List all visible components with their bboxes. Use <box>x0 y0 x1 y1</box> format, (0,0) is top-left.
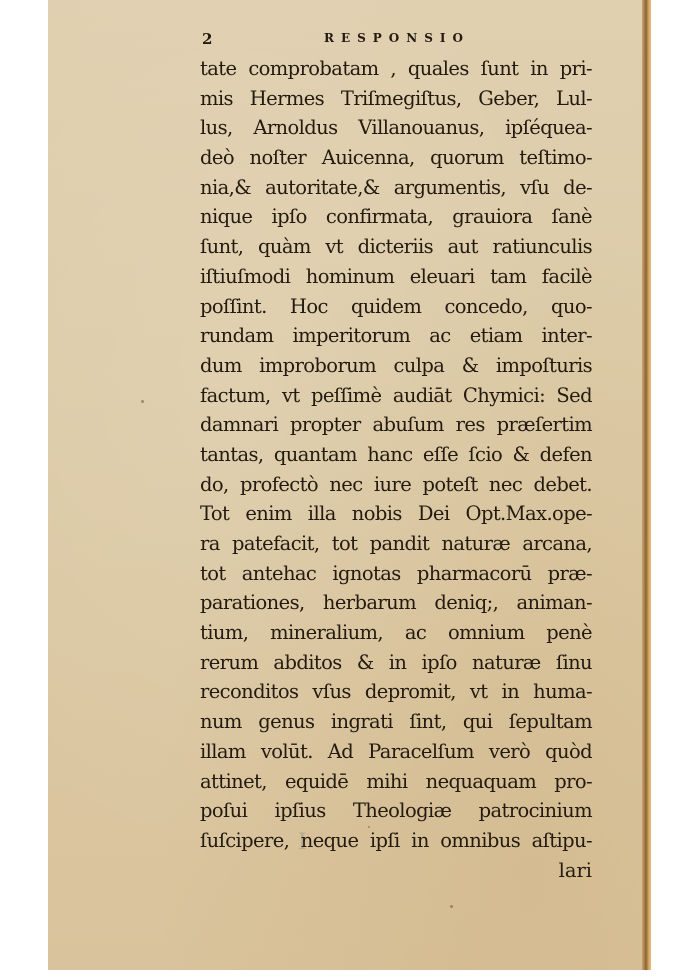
running-title: RESPONSIO <box>324 31 470 45</box>
text-line: poſſint. Hoc quidem concedo, quo- <box>200 292 592 322</box>
text-line: tot antehac ignotas pharmacorū præ- <box>200 559 592 589</box>
text-line: reconditos vſus depromit, vt in huma- <box>200 677 592 707</box>
text-line: ſuſcipere, neque ipſi in omnibus aſtipu- <box>200 826 592 856</box>
text-line: lus, Arnoldus Villanouanus, ipſéquea- <box>200 113 592 143</box>
text-line: tium, mineralium, ac omnium penè <box>200 618 592 648</box>
text-line: iſtiuſmodi hominum eleuari tam facilè <box>200 262 592 292</box>
paper-speck <box>450 905 453 908</box>
text-line: poſui ipſius Theologiæ patrocinium <box>200 796 592 826</box>
paper-speck <box>141 400 144 403</box>
text-line: do, profectò nec iure poteſt nec debet. <box>200 470 592 500</box>
body-text: tate comprobatam , quales ſunt in pri- m… <box>200 54 592 885</box>
text-line: factum, vt peſſimè audiāt Chymici: Sed <box>200 381 592 411</box>
page-number: 2 <box>202 30 212 48</box>
page-fore-edge <box>642 0 651 970</box>
text-line: num genus ingrati ſint, qui ſepultam <box>200 707 592 737</box>
text-line: Tot enim illa nobis Dei Opt.Max.ope- <box>200 499 592 529</box>
text-line: nia,& autoritate,& argumentis, vſu de- <box>200 173 592 203</box>
text-line: ſunt, quàm vt dicteriis aut ratiunculis <box>200 232 592 262</box>
text-line: dum improborum culpa & impoſturis <box>200 351 592 381</box>
catchword: lari <box>200 856 592 886</box>
running-head: 2 RESPONSIO <box>200 30 592 52</box>
text-block: 2 RESPONSIO tate comprobatam , quales ſu… <box>200 30 592 885</box>
text-line: rerum abditos & in ipſo naturæ ſinu <box>200 648 592 678</box>
text-line: deò noſter Auicenna, quorum teſtimo- <box>200 143 592 173</box>
text-line: mis Hermes Triſmegiſtus, Geber, Lul- <box>200 84 592 114</box>
text-line: ra patefacit, tot pandit naturæ arcana, <box>200 529 592 559</box>
text-line: nique ipſo confirmata, grauiora ſanè <box>200 202 592 232</box>
text-line: illam volūt. Ad Paracelſum verò quòd <box>200 737 592 767</box>
text-line: tantas, quantam hanc eſſe ſcio & defen <box>200 440 592 470</box>
text-line: attinet, equidē mihi nequaquam pro- <box>200 767 592 797</box>
text-line: damnari propter abuſum res præſertim <box>200 410 592 440</box>
text-line: rundam imperitorum ac etiam inter- <box>200 321 592 351</box>
text-line: parationes, herbarum deniq;, animan- <box>200 588 592 618</box>
text-line: tate comprobatam , quales ſunt in pri- <box>200 54 592 84</box>
